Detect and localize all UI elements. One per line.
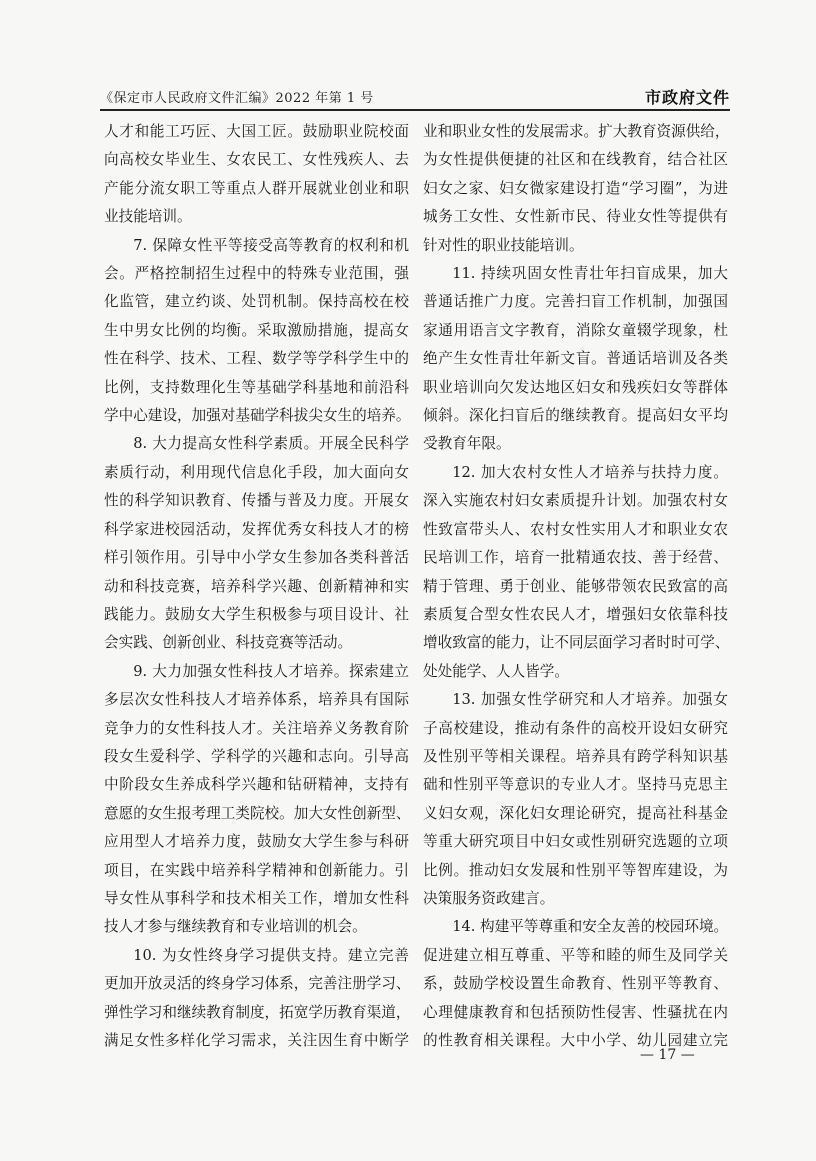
paragraph: 9. 大力加强女性科技人才培养。探索建立多层次女性科技人才培养体系，培养具有国际… (104, 658, 409, 942)
section-label: 市政府文件 (645, 85, 730, 108)
text-line: 学中心建设，加强对基础学科拔尖女生的培养。 (104, 402, 409, 430)
text-line: 增收致富的能力，让不同层面学习者时时可学、 (423, 629, 728, 657)
left-column: 人才和能工巧匠、大国工匠。鼓励职业院校面向高校女毕业生、女农民工、女性残疾人、去… (104, 118, 409, 1055)
text-line: 10. 为女性终身学习提供支持。建立完善 (104, 942, 409, 970)
text-line: 妇女之家、妇女微家建设打造“学习圈”，为进 (423, 175, 728, 203)
paragraph: 14. 构建平等尊重和安全友善的校园环境。促进建立相互尊重、平等和睦的师生及同学… (423, 913, 728, 1055)
text-line: 技人才参与继续教育和专业培训的机会。 (104, 913, 409, 941)
text-line: 产能分流女职工等重点人群开展就业创业和职 (104, 175, 409, 203)
text-line: 性致富带头人、农村女性实用人才和职业女农 (423, 516, 728, 544)
text-line: 意愿的女生报考理工类院校。加大女性创新型、 (104, 800, 409, 828)
text-line: 14. 构建平等尊重和安全友善的校园环境。 (423, 913, 728, 941)
text-line: 动和科技竞赛，培养科学兴趣、创新精神和实 (104, 573, 409, 601)
text-line: 应用型人才培养力度，鼓励女大学生参与科研 (104, 828, 409, 856)
text-line: 促进建立相互尊重、平等和睦的师生及同学关 (423, 942, 728, 970)
text-line: 职业培训向欠发达地区妇女和残疾妇女等群体 (423, 374, 728, 402)
text-line: 义妇女观，深化妇女理论研究，提高社科基金 (423, 800, 728, 828)
page-number: — 17 — (640, 1047, 695, 1063)
text-line: 普通话推广力度。完善扫盲工作机制，加强国 (423, 288, 728, 316)
right-column: 业和职业女性的发展需求。扩大教育资源供给，为女性提供便捷的社区和在线教育，结合社… (423, 118, 728, 1055)
text-line: 项目，在实践中培养科学精神和创新能力。引 (104, 857, 409, 885)
text-line: 段女生爱科学、学科学的兴趣和志向。引导高 (104, 743, 409, 771)
text-line: 竞争力的女性科技人才。关注培养义务教育阶 (104, 715, 409, 743)
text-line: 中阶段女生养成科学兴趣和钻研精神，支持有 (104, 771, 409, 799)
text-line: 比例。推动妇女发展和性别平等智库建设，为 (423, 857, 728, 885)
text-line: 更加开放灵活的终身学习体系，完善注册学习、 (104, 970, 409, 998)
text-line: 心理健康教育和包括预防性侵害、性骚扰在内 (423, 999, 728, 1027)
text-line: 多层次女性科技人才培养体系，培养具有国际 (104, 686, 409, 714)
text-line: 12. 加大农村女性人才培养与扶持力度。 (423, 459, 728, 487)
text-line: 业技能培训。 (104, 203, 409, 231)
paragraph: 10. 为女性终身学习提供支持。建立完善更加开放灵活的终身学习体系，完善注册学习… (104, 942, 409, 1056)
text-line: 7. 保障女性平等接受高等教育的权利和机 (104, 232, 409, 260)
text-line: 等重大研究项目中妇女或性别研究选题的立项 (423, 828, 728, 856)
text-line: 8. 大力提高女性科学素质。开展全民科学 (104, 430, 409, 458)
text-line: 素质行动，利用现代信息化手段，加大面向女 (104, 459, 409, 487)
text-line: 满足女性多样化学习需求，关注因生育中断学 (104, 1027, 409, 1055)
text-line: 会实践、创新创业、科技竞赛等活动。 (104, 629, 409, 657)
text-line: 系，鼓励学校设置生命教育、性别平等教育、 (423, 970, 728, 998)
text-line: 倾斜。深化扫盲后的继续教育。提高妇女平均 (423, 402, 728, 430)
paragraph: 人才和能工巧匠、大国工匠。鼓励职业院校面向高校女毕业生、女农民工、女性残疾人、去… (104, 118, 409, 232)
paragraph: 12. 加大农村女性人才培养与扶持力度。深入实施农村妇女素质提升计划。加强农村女… (423, 459, 728, 686)
paragraph: 7. 保障女性平等接受高等教育的权利和机会。严格控制招生过程中的特殊专业范围，强… (104, 232, 409, 431)
text-line: 针对性的职业技能培训。 (423, 232, 728, 260)
running-header: 《保定市人民政府文件汇编》2022 年第 1 号 市政府文件 (100, 84, 730, 108)
text-line: 践能力。鼓励女大学生积极参与项目设计、社 (104, 601, 409, 629)
paragraph: 11. 持续巩固女性青壮年扫盲成果，加大普通话推广力度。完善扫盲工作机制，加强国… (423, 260, 728, 459)
text-line: 导女性从事科学和技术相关工作，增加女性科 (104, 885, 409, 913)
text-line: 处处能学、人人皆学。 (423, 658, 728, 686)
text-line: 受教育年限。 (423, 430, 728, 458)
text-line: 向高校女毕业生、女农民工、女性残疾人、去 (104, 146, 409, 174)
text-line: 素质复合型女性农民人才，增强妇女依靠科技 (423, 601, 728, 629)
text-line: 为女性提供便捷的社区和在线教育，结合社区 (423, 146, 728, 174)
text-line: 比例，支持数理化生等基础学科基地和前沿科 (104, 374, 409, 402)
text-line: 性的科学知识教育、传播与普及力度。开展女 (104, 487, 409, 515)
text-line: 科学家进校园活动，发挥优秀女科技人才的榜 (104, 516, 409, 544)
text-line: 家通用语言文字教育，消除女童辍学现象，杜 (423, 317, 728, 345)
text-line: 人才和能工巧匠、大国工匠。鼓励职业院校面 (104, 118, 409, 146)
text-line: 子高校建设，推动有条件的高校开设妇女研究 (423, 715, 728, 743)
text-line: 业和职业女性的发展需求。扩大教育资源供给， (423, 118, 728, 146)
text-line: 弹性学习和继续教育制度，拓宽学历教育渠道， (104, 999, 409, 1027)
text-line: 深入实施农村妇女素质提升计划。加强农村女 (423, 487, 728, 515)
paragraph: 8. 大力提高女性科学素质。开展全民科学素质行动，利用现代信息化手段，加大面向女… (104, 430, 409, 657)
paragraph: 13. 加强女性学研究和人才培养。加强女子高校建设，推动有条件的高校开设妇女研究… (423, 686, 728, 913)
text-line: 础和性别平等意识的专业人才。坚持马克思主 (423, 771, 728, 799)
text-line: 城务工女性、女性新市民、待业女性等提供有 (423, 203, 728, 231)
text-line: 9. 大力加强女性科技人才培养。探索建立 (104, 658, 409, 686)
text-line: 13. 加强女性学研究和人才培养。加强女 (423, 686, 728, 714)
text-line: 11. 持续巩固女性青壮年扫盲成果，加大 (423, 260, 728, 288)
paragraph: 业和职业女性的发展需求。扩大教育资源供给，为女性提供便捷的社区和在线教育，结合社… (423, 118, 728, 260)
text-line: 民培训工作，培育一批精通农技、善于经营、 (423, 544, 728, 572)
text-line: 化监管，建立约谈、处罚机制。保持高校在校 (104, 288, 409, 316)
text-line: 生中男女比例的均衡。采取激励措施，提高女 (104, 317, 409, 345)
text-line: 及性别平等相关课程。培养具有跨学科知识基 (423, 743, 728, 771)
text-line: 性在科学、技术、工程、数学等学科学生中的 (104, 345, 409, 373)
text-line: 会。严格控制招生过程中的特殊专业范围，强 (104, 260, 409, 288)
text-line: 精于管理、勇于创业、能够带领农民致富的高 (423, 573, 728, 601)
text-line: 决策服务资政建言。 (423, 885, 728, 913)
publication-title: 《保定市人民政府文件汇编》2022 年第 1 号 (100, 87, 374, 106)
header-rule (100, 109, 730, 111)
text-line: 样引领作用。引导中小学女生参加各类科普活 (104, 544, 409, 572)
text-line: 绝产生女性青壮年新文盲。普通话培训及各类 (423, 345, 728, 373)
